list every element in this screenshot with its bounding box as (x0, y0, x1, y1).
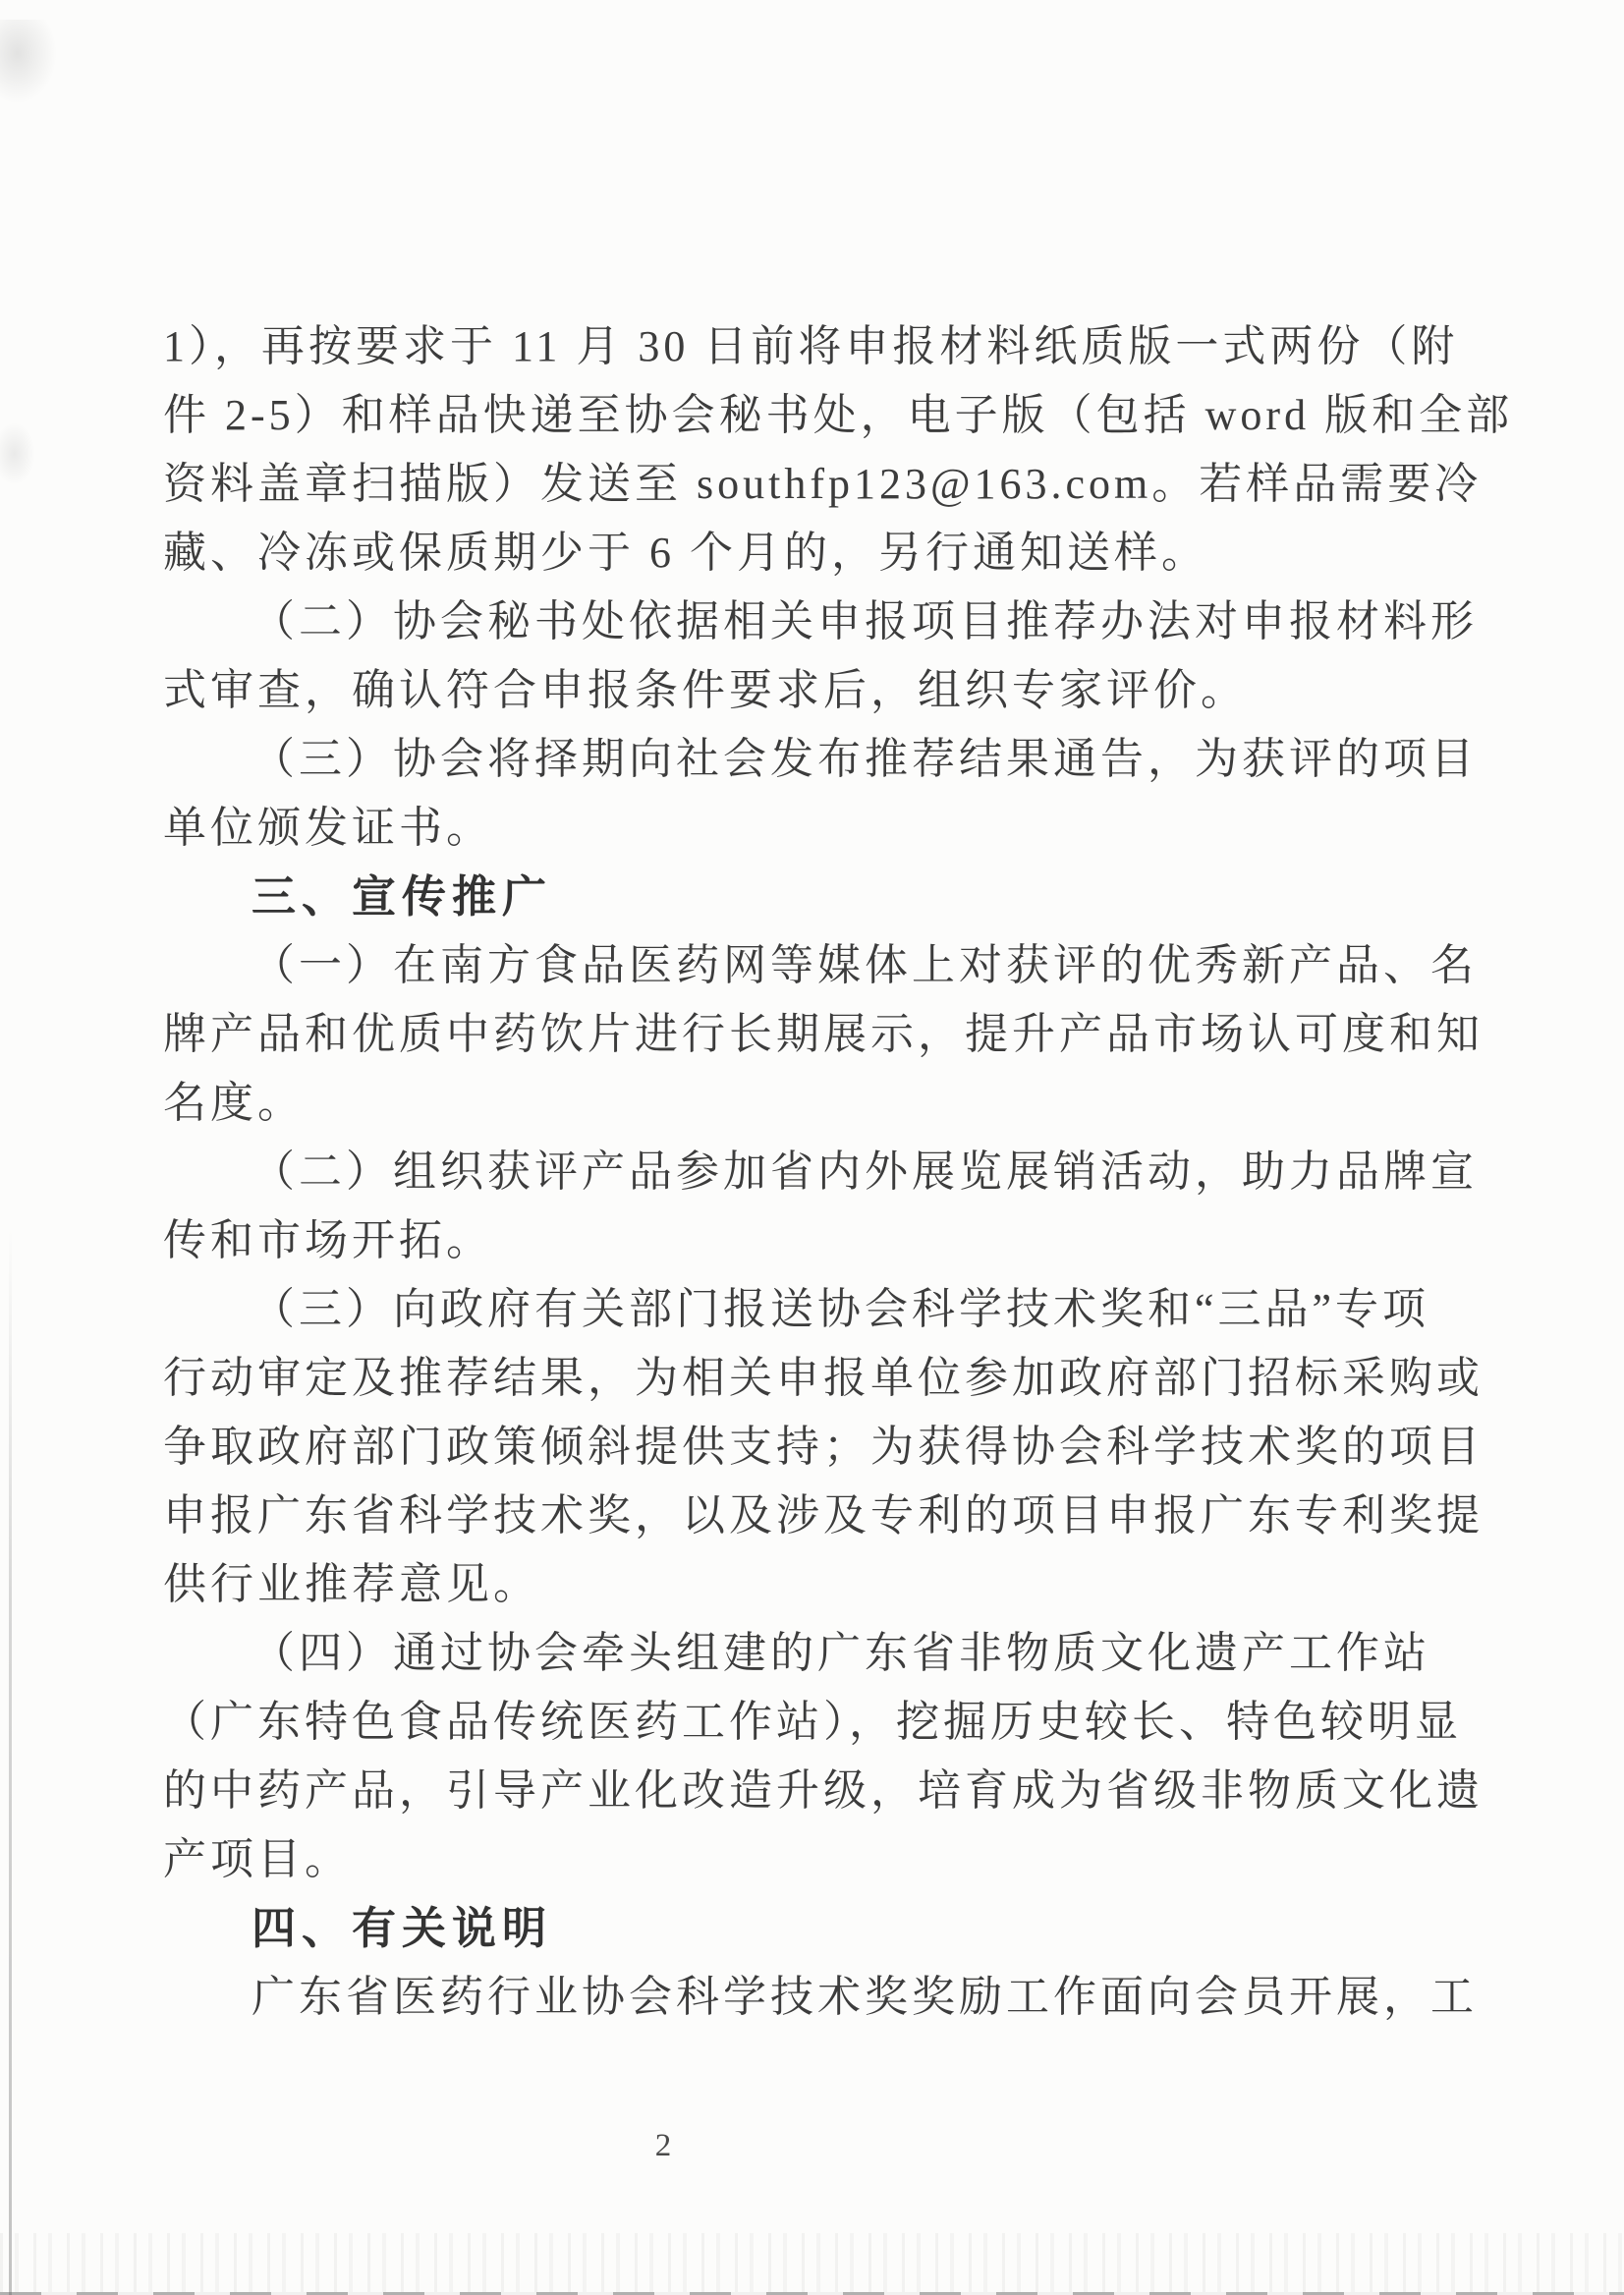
text-line: 的中药产品，引导产业化改造升级，培育成为省级非物质文化遗 (163, 1757, 1474, 1825)
text-line: 产项目。 (163, 1825, 1474, 1894)
text-line: 申报广东省科学技术奖，以及涉及专利的项目申报广东专利奖提 (163, 1482, 1474, 1550)
text-line: 争取政府部门政策倾斜提供支持；为获得协会科学技术奖的项目 (163, 1413, 1474, 1482)
text-line: 牌产品和优质中药饮片进行长期展示，提升产品市场认可度和知 (163, 1000, 1474, 1069)
text-line: （二）组织获评产品参加省内外展览展销活动，助力品牌宣 (163, 1138, 1474, 1206)
scan-edge-line-left (9, 1228, 12, 2295)
text-line: 1），再按要求于 11 月 30 日前将申报材料纸质版一式两份（附 (163, 312, 1474, 381)
section-heading-publicity: 三、宣传推广 (163, 863, 1474, 931)
text-line: （二）协会秘书处依据相关申报项目推荐办法对申报材料形 (163, 588, 1474, 656)
text-line: 式审查，确认符合申报条件要求后，组织专家评价。 (163, 656, 1474, 725)
text-line: 资料盖章扫描版）发送至 southfp123@163.com。若样品需要冷 (163, 450, 1474, 519)
text-line: （一）在南方食品医药网等媒体上对获评的优秀新产品、名 (163, 931, 1474, 1000)
scan-smudge-top-left (0, 20, 57, 104)
scan-smudge-left-mid (0, 422, 35, 485)
text-line: 名度。 (163, 1069, 1474, 1138)
document-page: 1），再按要求于 11 月 30 日前将申报材料纸质版一式两份（附 件 2-5）… (0, 0, 1624, 2295)
text-line: （广东特色食品传统医药工作站），挖掘历史较长、特色较明显 (163, 1688, 1474, 1757)
text-line: 广东省医药行业协会科学技术奖奖励工作面向会员开展，工 (163, 1963, 1474, 2032)
text-line: （三）协会将择期向社会发布推荐结果通告，为获评的项目 (163, 725, 1474, 794)
text-line: （三）向政府有关部门报送协会科学技术奖和“三品”专项 (163, 1275, 1474, 1344)
text-line: 单位颁发证书。 (163, 794, 1474, 863)
text-line: 传和市场开拓。 (163, 1206, 1474, 1275)
document-text-block: 1），再按要求于 11 月 30 日前将申报材料纸质版一式两份（附 件 2-5）… (163, 312, 1474, 2032)
section-heading-notes: 四、有关说明 (163, 1894, 1474, 1963)
text-line: 件 2-5）和样品快递至协会秘书处，电子版（包括 word 版和全部 (163, 381, 1474, 450)
text-line: 供行业推荐意见。 (163, 1550, 1474, 1619)
text-line: （四）通过协会牵头组建的广东省非物质文化遗产工作站 (163, 1619, 1474, 1688)
text-line: 行动审定及推荐结果，为相关申报单位参加政府部门招标采购或 (163, 1344, 1474, 1413)
page-number: 2 (619, 2128, 707, 2164)
text-line: 藏、冷冻或保质期少于 6 个月的，另行通知送样。 (163, 519, 1474, 588)
scan-noise-bottom (0, 2233, 1624, 2292)
